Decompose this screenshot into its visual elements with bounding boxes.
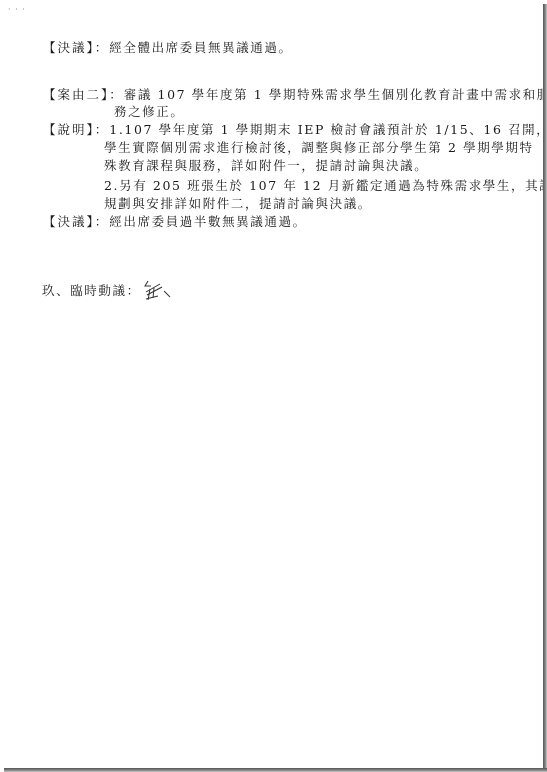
resolution-1-label: 【決議】： [43,40,109,55]
explanation-item1-line1: 1.107 學年度第 1 學期期末 IEP 檢討會議預計於 1/15、16 召開… [109,122,547,137]
handwritten-signature-icon [142,278,176,304]
section-9-extempore-motions: 玖、臨時動議： [42,283,141,299]
page-shadow-bottom [4,768,547,772]
resolution-2: 【決議】：經出席委員過半數無異議通過。 [43,214,307,230]
explanation: 【說明】：1.107 學年度第 1 學期期末 IEP 檢討會議預計於 1/15、… [43,122,547,138]
proposal-2: 【案由二】：審議 107 學年度第 1 學期特殊需求學生個別化教育計畫中需求和服 [43,87,547,103]
explanation-item2-line2: 規劃與安排詳如附件二，提請討論與決議。 [104,196,372,212]
explanation-item2-line1: 2.另有 205 班張生於 107 年 12 月新鑑定通過為特殊需求學生，其課程 [104,178,547,194]
resolution-2-label: 【決議】： [43,214,109,229]
scan-specks: · · · [8,5,26,14]
proposal-2-label: 【案由二】： [43,87,124,102]
explanation-label: 【說明】： [43,122,109,137]
proposal-2-line2: 務之修正。 [114,104,185,120]
proposal-2-line1: 審議 107 學年度第 1 學期特殊需求學生個別化教育計畫中需求和服 [124,87,547,102]
explanation-item1-line3: 殊教育課程與服務，詳如附件一，提請討論與決議。 [104,158,428,174]
document-page: · · · 【決議】：經全體出席委員無異議通過。 【案由二】：審議 107 學年… [0,0,543,768]
section-9-label: 玖、臨時動議： [42,283,141,298]
resolution-2-text: 經出席委員過半數無異議通過。 [109,214,306,229]
page-shadow-right [543,4,547,772]
resolution-1-text: 經全體出席委員無異議通過。 [109,40,292,55]
explanation-item1-line2: 學生實際個別需求進行檢討後，調整與修正部分學生第 2 學期學期特 [104,140,534,156]
resolution-1: 【決議】：經全體出席委員無異議通過。 [43,40,293,56]
